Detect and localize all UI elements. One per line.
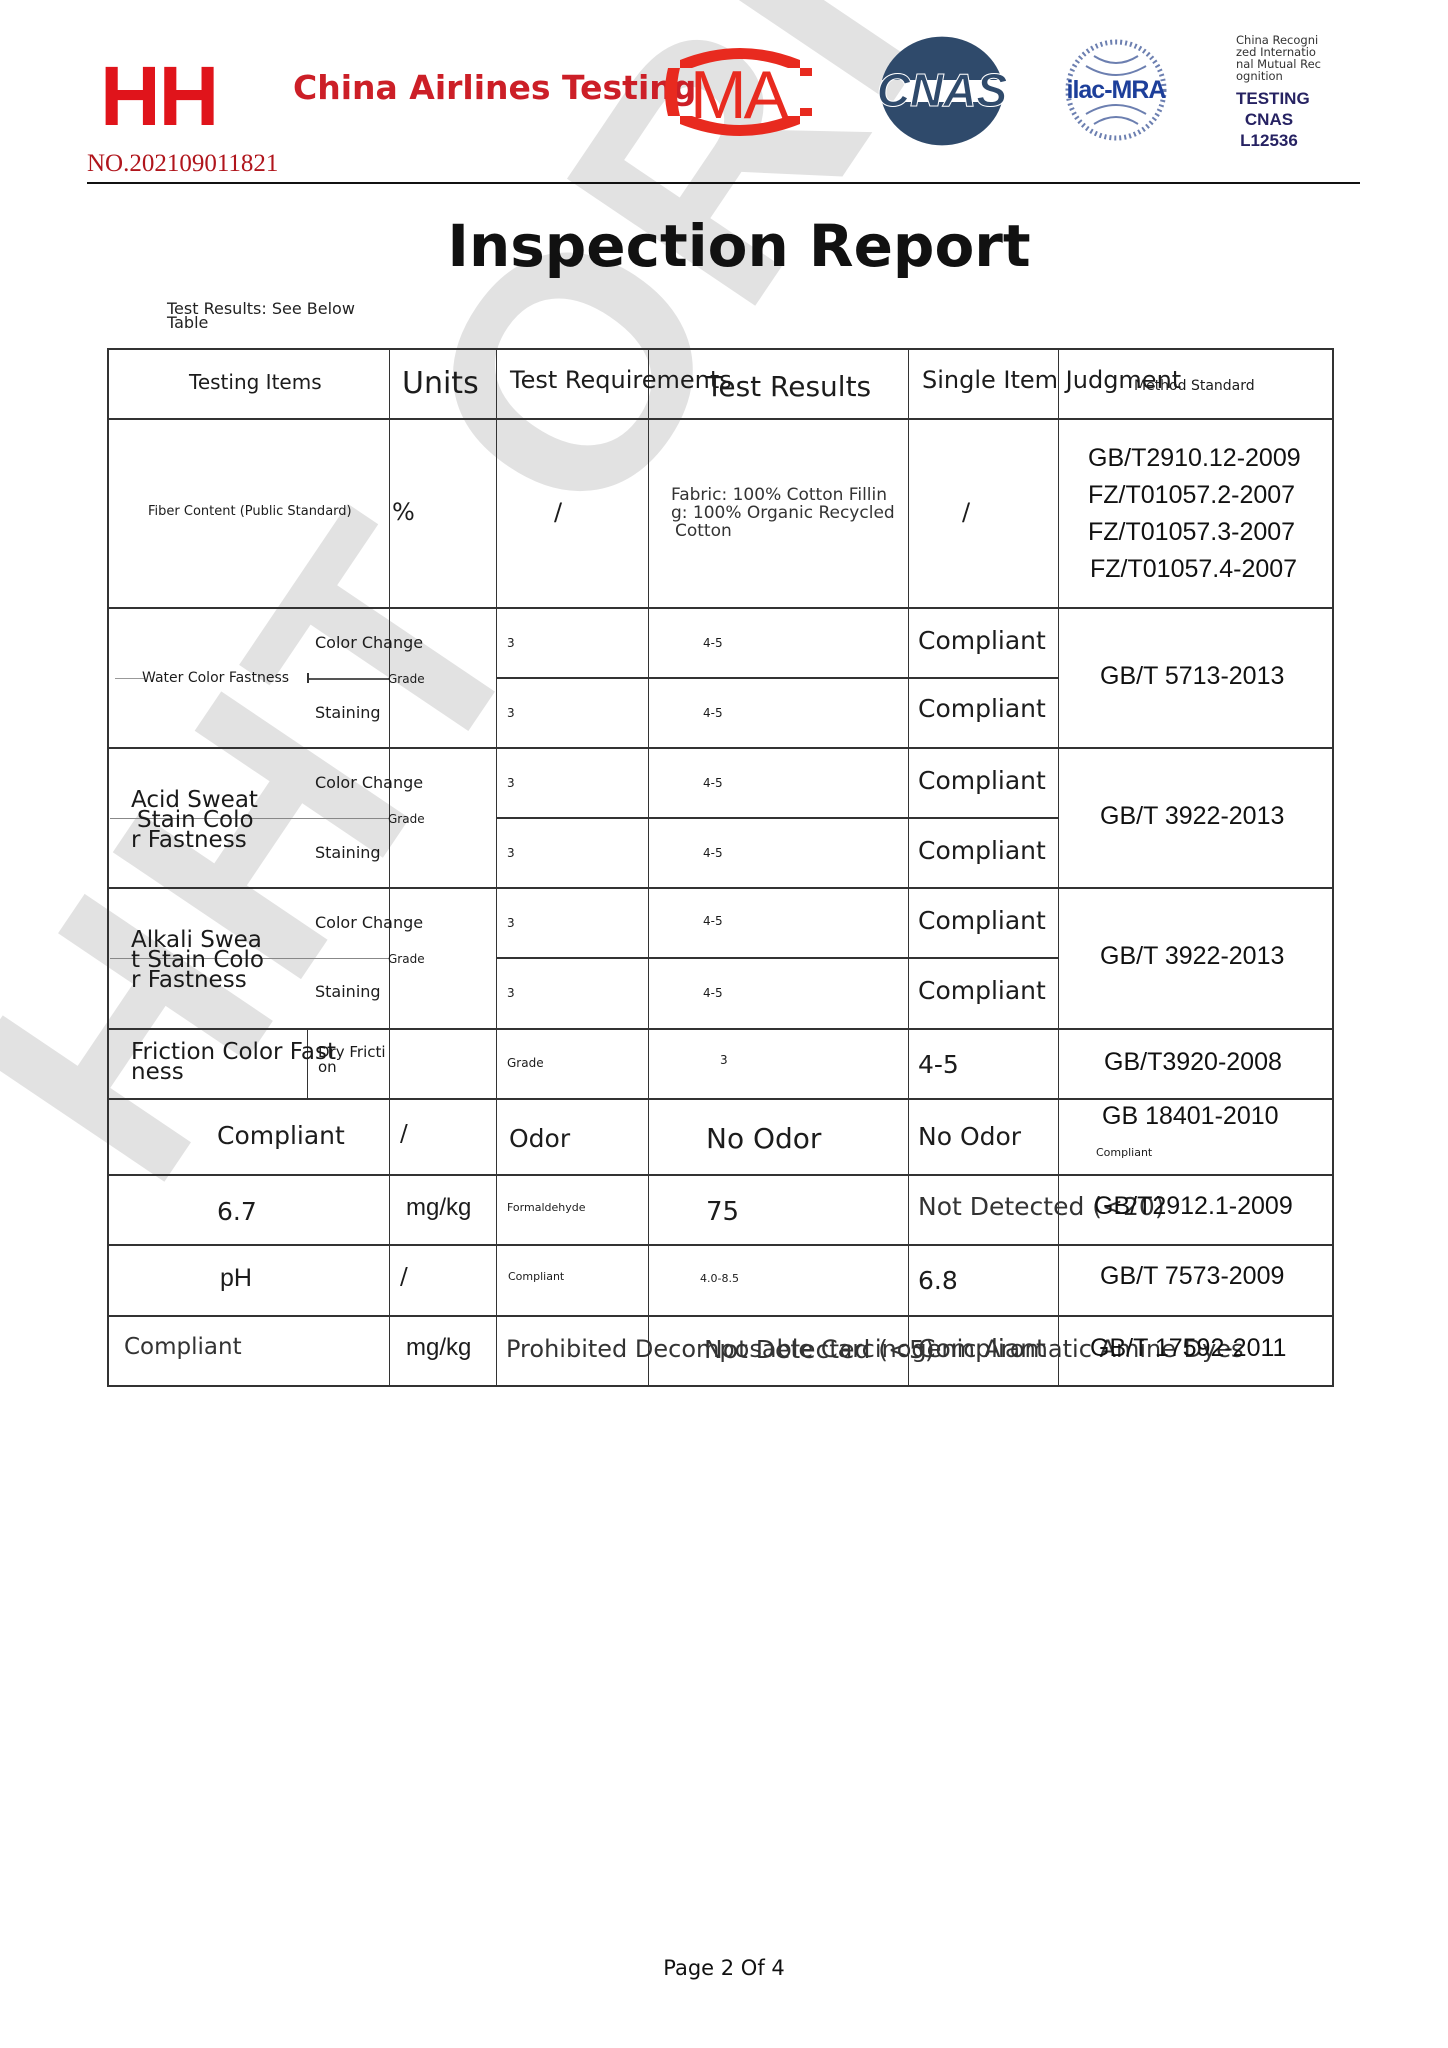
- col-header-test-results: Test Results: [706, 370, 871, 403]
- cnas-label: CNAS: [1236, 109, 1302, 130]
- water-sub-label: Staining: [315, 703, 381, 722]
- acid-sub-label: Color Change: [315, 773, 423, 792]
- azo-judgment: Compliant: [918, 1334, 1046, 1363]
- alkali-judgment: Compliant: [918, 906, 1046, 935]
- col-header-testing-items: Testing Items: [189, 370, 322, 394]
- acid-item: Acid Sweat Stain Colo r Fastness: [131, 790, 258, 850]
- friction-sub-label: Dry Fricti on: [318, 1045, 386, 1075]
- acid-result: 4-5: [703, 776, 723, 790]
- alkali-item-line: r Fastness: [131, 970, 264, 990]
- water-item: Water Color Fastness: [142, 670, 289, 686]
- ph-standard: GB/T 7573-2009: [1100, 1262, 1284, 1291]
- lab-code: L12536: [1236, 130, 1302, 151]
- col-header-method-standard: Method Standard: [1134, 378, 1255, 394]
- fiber-result-line: Fabric: 100% Cotton Fillin: [671, 486, 895, 504]
- acid-judgment: Compliant: [918, 766, 1046, 795]
- fiber-standards: GB/T2910.12-2009 FZ/T01057.2-2007 FZ/T01…: [1088, 440, 1301, 588]
- water-result: 4-5: [703, 636, 723, 650]
- friction-item-line: ness: [131, 1062, 336, 1082]
- page-title: Inspection Report: [0, 212, 1448, 280]
- brand-name: China Airlines Testing: [293, 68, 696, 107]
- acid-sub-label: Staining: [315, 843, 381, 862]
- ph-c4: 4.0-8.5: [700, 1272, 739, 1285]
- header-divider: [87, 182, 1360, 184]
- mutual-recognition-text: China Recogni zed Internatio nal Mutual …: [1236, 34, 1326, 82]
- results-note: Test Results: See Below Table: [167, 302, 397, 330]
- fiber-standard: GB/T2910.12-2009: [1088, 440, 1301, 477]
- friction-requirement: 3: [720, 1053, 728, 1067]
- water-unit: Grade: [388, 672, 425, 686]
- alkali-requirement: 3: [507, 986, 515, 1000]
- page-number: Page 2 Of 4: [0, 1956, 1448, 1980]
- fiber-standard: FZ/T01057.2-2007: [1088, 477, 1301, 514]
- odor-standard-note: Compliant: [1096, 1146, 1152, 1159]
- acid-result: 4-5: [703, 846, 723, 860]
- alkali-unit: Grade: [388, 952, 425, 966]
- acid-item-line: r Fastness: [131, 830, 258, 850]
- friction-item: Friction Color Fast ness: [131, 1042, 336, 1082]
- odor-c1: Compliant: [217, 1121, 345, 1150]
- friction-result: 4-5: [918, 1050, 959, 1079]
- fiber-standard: FZ/T01057.3-2007: [1088, 514, 1301, 551]
- azo-result: Not Detected (<5): [704, 1335, 935, 1364]
- water-judgment: Compliant: [918, 694, 1046, 723]
- testing-label: TESTING: [1236, 88, 1302, 109]
- alkali-requirement: 3: [507, 916, 515, 930]
- fiber-result: Fabric: 100% Cotton Fillin g: 100% Organ…: [671, 486, 895, 540]
- fiber-result-line: g: 100% Organic Recycled: [671, 504, 895, 522]
- azo-c1: Compliant: [124, 1334, 242, 1360]
- water-result: 4-5: [703, 706, 723, 720]
- fiber-standard: FZ/T01057.4-2007: [1088, 551, 1301, 588]
- alkali-result: 4-5: [703, 914, 723, 928]
- friction-unit: Grade: [507, 1056, 544, 1070]
- fiber-judgment: /: [962, 498, 970, 526]
- fiber-unit: %: [392, 498, 415, 526]
- odor-c5: No Odor: [918, 1122, 1021, 1151]
- company-logo: HH: [100, 54, 217, 138]
- water-sub-label: Color Change: [315, 633, 423, 652]
- col-header-units: Units: [402, 366, 479, 401]
- acid-requirement: 3: [507, 776, 515, 790]
- formaldehyde-c3: Formaldehyde: [507, 1201, 586, 1214]
- alkali-standard: GB/T 3922-2013: [1100, 942, 1284, 971]
- cma-mark-icon: MA: [660, 38, 820, 146]
- odor-standard: GB 18401-2010: [1102, 1102, 1279, 1131]
- svg-text:CNAS: CNAS: [877, 64, 1008, 116]
- odor-c4: No Odor: [706, 1122, 821, 1155]
- alkali-result: 4-5: [703, 986, 723, 1000]
- ph-c3: Compliant: [508, 1270, 564, 1283]
- svg-text:MA: MA: [690, 57, 790, 133]
- water-requirement: 3: [507, 636, 515, 650]
- acid-standard: GB/T 3922-2013: [1100, 802, 1284, 831]
- acid-requirement: 3: [507, 846, 515, 860]
- cnas-mark-icon: CNAS: [866, 30, 1018, 150]
- fiber-requirement: /: [554, 498, 562, 526]
- formaldehyde-c1: 6.7: [217, 1197, 257, 1226]
- formaldehyde-c4: 75: [706, 1197, 739, 1227]
- ph-c2: /: [400, 1264, 408, 1290]
- odor-c3: Odor: [509, 1124, 570, 1153]
- ph-c5: 6.8: [918, 1266, 958, 1295]
- ph-c1: pH: [220, 1264, 252, 1293]
- friction-sub-line: on: [318, 1060, 386, 1075]
- acid-unit: Grade: [388, 812, 425, 826]
- alkali-sub-label: Color Change: [315, 913, 423, 932]
- acid-judgment: Compliant: [918, 836, 1046, 865]
- svg-text:ilac-MRA: ilac-MRA: [1067, 76, 1167, 104]
- report-number: NO.202109011821: [87, 150, 278, 178]
- alkali-item: Alkali Swea t Stain Colo r Fastness: [131, 930, 264, 990]
- azo-standard: GB/T 17592-2011: [1090, 1334, 1286, 1363]
- fiber-item: Fiber Content (Public Standard): [148, 504, 352, 519]
- alkali-sub-label: Staining: [315, 982, 381, 1001]
- azo-c2: mg/kg: [406, 1334, 471, 1362]
- water-standard: GB/T 5713-2013: [1100, 662, 1284, 691]
- fiber-result-line: Cotton: [671, 522, 895, 540]
- ilac-mra-mark-icon: ilac-MRA: [1064, 26, 1168, 156]
- accreditation-block: TESTING CNAS L12536: [1236, 88, 1302, 151]
- formaldehyde-c2: mg/kg: [406, 1194, 471, 1222]
- alkali-judgment: Compliant: [918, 976, 1046, 1005]
- odor-c2: /: [400, 1121, 408, 1147]
- col-header-test-requirements: Test Requirements: [510, 366, 732, 394]
- water-judgment: Compliant: [918, 626, 1046, 655]
- water-requirement: 3: [507, 706, 515, 720]
- formaldehyde-standard: GB/T2912.1-2009: [1094, 1192, 1293, 1221]
- friction-standard: GB/T3920-2008: [1104, 1048, 1282, 1077]
